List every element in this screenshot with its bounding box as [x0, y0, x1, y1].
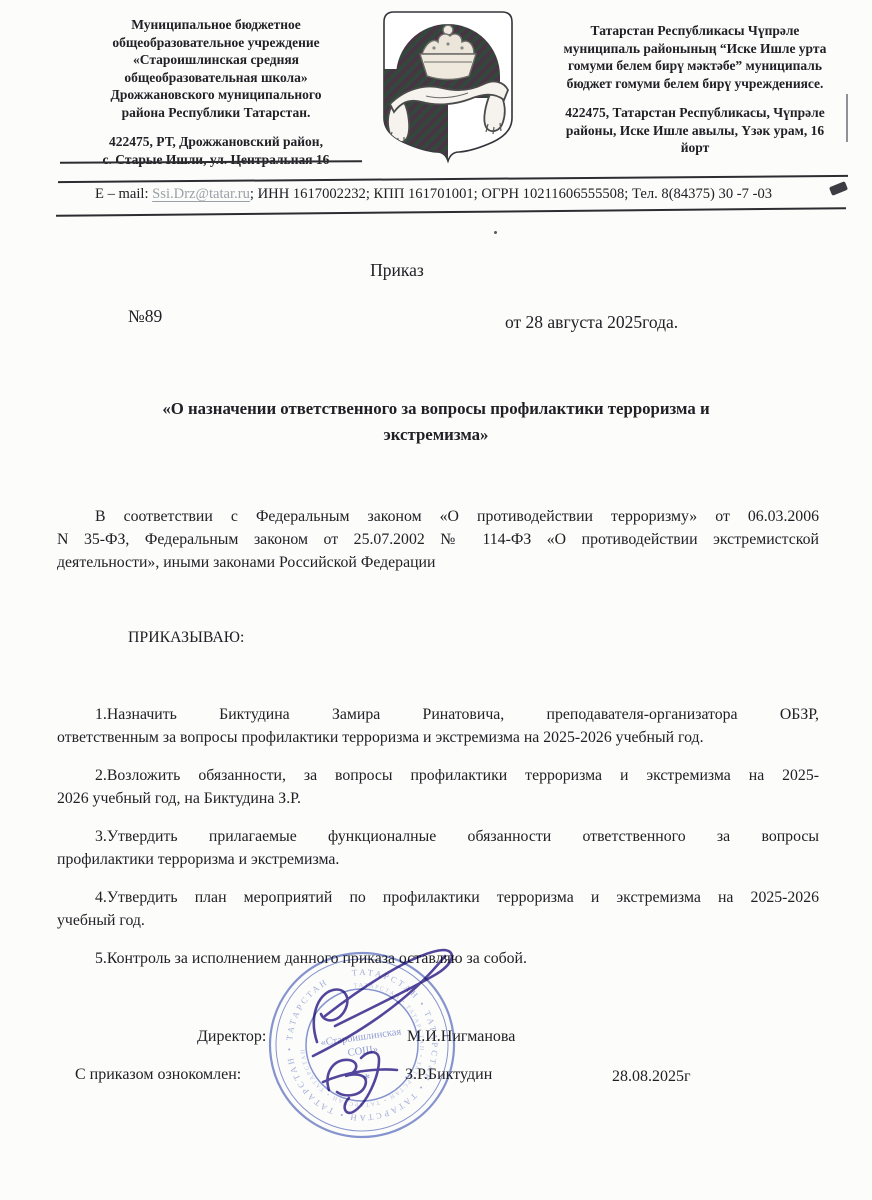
email-link[interactable]: Ssi.Drz@tatar.ru: [152, 186, 250, 202]
header-divider-top: [58, 175, 848, 183]
org-name-line: Муниципальное бюджетное: [60, 16, 372, 34]
org-name-line: «Староишлинская средняя: [60, 51, 372, 69]
org-name-line: Дрожжановского муниципального: [60, 86, 372, 104]
acknowledged-label: С приказом ознокомлен:: [75, 1066, 241, 1084]
scan-mark-artifact: [829, 181, 848, 196]
preamble-line: В соответствии с Федеральным законом «О …: [57, 505, 819, 528]
text-line: 1.Назначить Биктудина Замира Ринатовича,…: [57, 703, 819, 726]
header-right-block: Татарстан Республикасы Чүпрәлемуниципаль…: [535, 22, 855, 157]
page-edge-artifact: [846, 94, 848, 142]
subject-line: экстремизма»: [100, 422, 772, 448]
acknowledged-date: 28.08.2025г: [612, 1068, 691, 1086]
org-name-line: общеобразовательное учреждение: [60, 34, 372, 52]
header-divider-bottom: [56, 207, 846, 217]
text-line: учебный год.: [57, 909, 819, 932]
order-title: Приказ: [0, 260, 833, 281]
text-line: 2.Возложить обязанности, за вопросы проф…: [57, 764, 819, 787]
org-name-russian: Муниципальное бюджетноеобщеобразовательн…: [60, 16, 372, 121]
order-document-page: Муниципальное бюджетноеобщеобразовательн…: [0, 0, 872, 1200]
org-address-line: районы, Иске Ишле авылы, Үзәк урам, 16: [535, 122, 855, 140]
acknowledged-name: З.Р.Биктудин: [405, 1066, 492, 1084]
text-line: 3.Утвердить прилагаемые функционалные об…: [57, 825, 819, 848]
text-line: ответственным за вопросы профилактики те…: [57, 726, 819, 749]
org-name-line: района Республики Татарстан.: [60, 104, 372, 122]
text-line: профилактики терроризма и экстремизма.: [57, 848, 819, 871]
preamble-line: деятельности», иными законами Российской…: [57, 551, 819, 574]
org-name-line: бюджет гомуми белем бирү учреждениясе.: [535, 75, 855, 93]
org-address-tatar: 422475, Татарстан Республикасы, Чүпрәлер…: [535, 104, 855, 157]
text-line: 2026 учебный год, на Биктудина З.Р.: [57, 787, 819, 810]
org-address-line: с. Старые Ишли, ул. Центральная 16: [60, 151, 372, 169]
decree-word: ПРИКАЗЫВАЮ:: [128, 626, 244, 649]
director-label: Директор:: [197, 1028, 266, 1046]
order-item: 3.Утвердить прилагаемые функционалные об…: [57, 825, 819, 871]
order-item: 2.Возложить обязанности, за вопросы проф…: [57, 764, 819, 810]
order-item: 1.Назначить Биктудина Замира Ринатовича,…: [57, 703, 819, 749]
org-name-line: муниципаль районының “Иске Ишле урта: [535, 40, 855, 58]
org-address-line: йорт: [535, 139, 855, 157]
order-preamble: В соответствии с Федеральным законом «О …: [57, 505, 819, 574]
org-address-line: 422475, РТ, Дрожжановский район,: [60, 133, 372, 151]
header-left-block: Муниципальное бюджетноеобщеобразовательн…: [60, 16, 372, 168]
coat-of-arms-emblem: [376, 6, 520, 166]
order-number: №89: [128, 306, 162, 327]
text-line: 4.Утвердить план мероприятий по профилак…: [57, 886, 819, 909]
preamble-line: N 35-ФЗ, Федеральным законом от 25.07.20…: [57, 528, 819, 551]
subject-line: «О назначении ответственного за вопросы …: [100, 396, 772, 422]
org-name-line: общеобразовательная школа»: [60, 69, 372, 87]
contacts-line: E – mail: Ssi.Drz@tatar.ru; ИНН 16170022…: [95, 186, 772, 203]
ack-signature-ink: [323, 1052, 397, 1113]
order-date: от 28 августа 2025года.: [505, 312, 678, 333]
org-address-line: 422475, Татарстан Республикасы, Чүпрәле: [535, 104, 855, 122]
scan-dot-artifact: [494, 231, 497, 234]
org-name-line: гомуми белем бирү мәктәбе” муниципаль: [535, 57, 855, 75]
director-name: М.И.Нигманова: [407, 1028, 515, 1046]
order-subject: «О назначении ответственного за вопросы …: [100, 396, 772, 448]
order-item: 4.Утвердить план мероприятий по профилак…: [57, 886, 819, 932]
contacts-details: ; ИНН 1617002232; КПП 161701001; ОГРН 10…: [250, 186, 772, 202]
org-name-tatar: Татарстан Республикасы Чүпрәлемуниципаль…: [535, 22, 855, 92]
org-name-line: Татарстан Республикасы Чүпрәле: [535, 22, 855, 40]
email-label: E – mail:: [95, 186, 152, 202]
